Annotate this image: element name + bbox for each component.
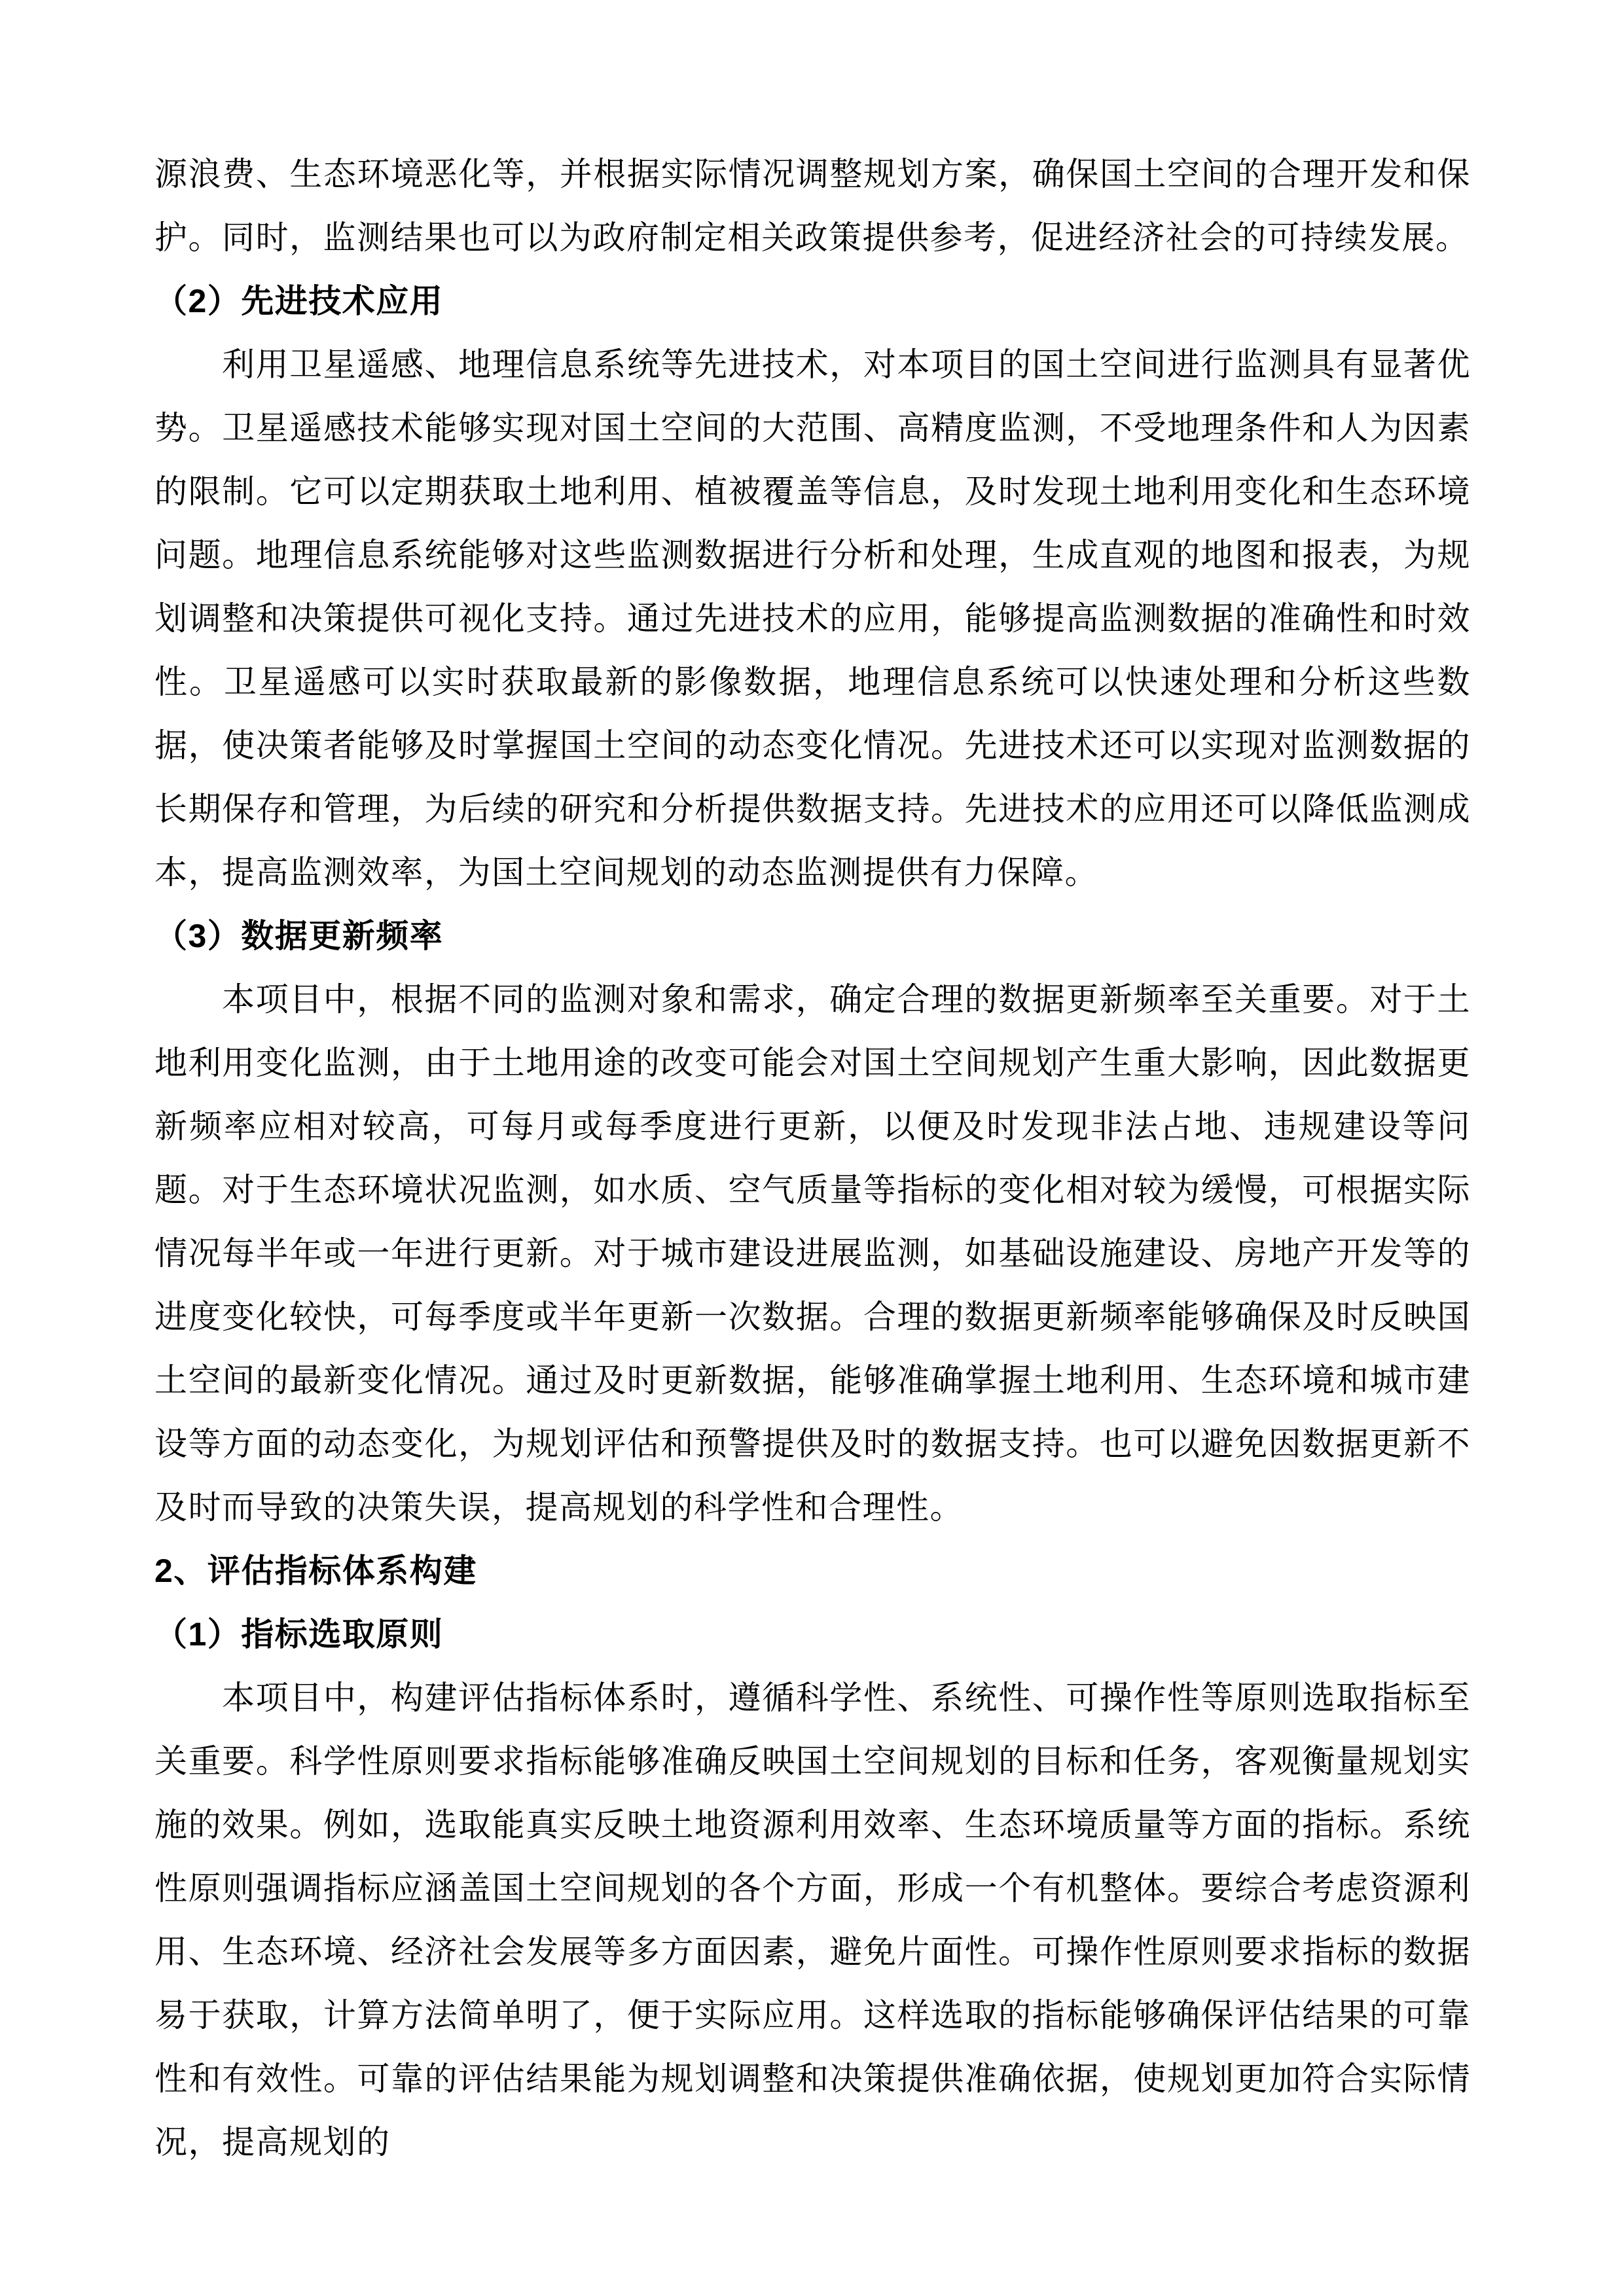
heading-evaluation-index-system: 2、评估指标体系构建 [154,1539,1471,1603]
heading-data-update-frequency: （3）数据更新频率 [154,905,1471,968]
page-content: 源浪费、生态环境恶化等，并根据实际情况调整规划方案，确保国土空间的合理开发和保护… [154,143,1471,2174]
paragraph-advanced-technology: 利用卫星遥感、地理信息系统等先进技术，对本项目的国土空间进行监测具有显著优势。卫… [154,333,1471,905]
document-page: 源浪费、生态环境恶化等，并根据实际情况调整规划方案，确保国土空间的合理开发和保护… [0,0,1624,2296]
heading-advanced-technology-application: （2）先进技术应用 [154,270,1471,333]
paragraph-index-selection-principles: 本项目中，构建评估指标体系时，遵循科学性、系统性、可操作性等原则选取指标至关重要… [154,1666,1471,2174]
paragraph-continuation: 源浪费、生态环境恶化等，并根据实际情况调整规划方案，确保国土空间的合理开发和保护… [154,143,1471,270]
paragraph-data-update-frequency: 本项目中，根据不同的监测对象和需求，确定合理的数据更新频率至关重要。对于土地利用… [154,968,1471,1539]
heading-index-selection-principles: （1）指标选取原则 [154,1603,1471,1666]
